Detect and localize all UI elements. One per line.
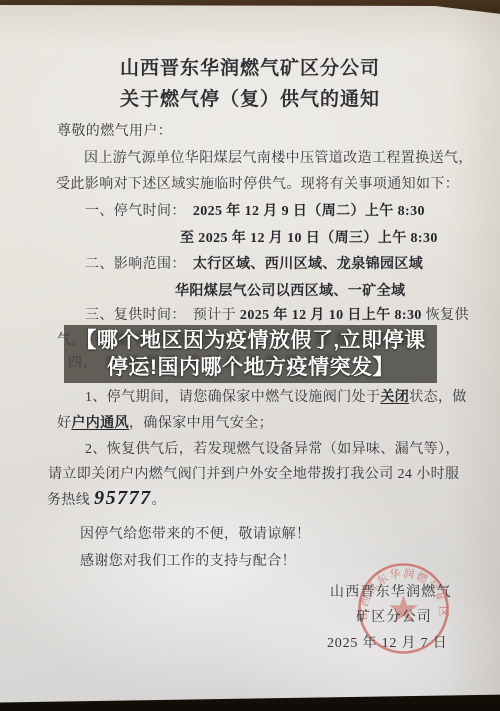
hotline-prefix: 务热线 xyxy=(47,493,94,508)
notice-point-2-line-3: 务热线 95777。 xyxy=(47,487,166,510)
item-1-value: 2025 年 12 月 9 日（周二）上午 8:30 xyxy=(193,204,425,219)
notice-point-2-line-2: 请立即关闭户内燃气阀门并到户外安全地带拨打我公司 24 小时服 xyxy=(48,463,459,483)
item-1-label: 一、停气时间： xyxy=(85,204,186,219)
apology-line: 因停气给您带来的不便，敬请谅解！ xyxy=(80,523,310,543)
point-1-text-b: 状态，做 xyxy=(409,390,467,405)
item-3-post: 恢复供 xyxy=(422,308,469,323)
point-1-text-a: 1、停气期间，请您确保家中燃气设施阀门处于 xyxy=(85,390,380,405)
item-3-line: 三、复供时间：预计于 2025 年 12 月 10 日上午 8:30 恢复供 xyxy=(85,304,469,324)
intro-line-1: 因上游气源单位华阳煤层气南楼中压管道改造工程置换送气， xyxy=(84,147,473,167)
item-3-label: 三、复供时间： xyxy=(85,308,186,323)
intro-line-2: 受此影响对下述区域实施临时停供气。现将有关事项通知如下： xyxy=(56,173,459,193)
notice-point-1-line-1: 1、停气期间，请您确保家中燃气设施阀门处于关闭状态，做 xyxy=(85,386,467,406)
item-2-line: 二、影响范围：太行区域、西川区域、龙泉锦园区域 xyxy=(85,253,423,273)
item-2-value: 太行区域、西川区域、龙泉锦园区域 xyxy=(193,257,423,272)
signature-company-line-2: 矿区分公司 xyxy=(356,606,432,626)
thanks-line: 感谢您对我们工作的支持与配合！ xyxy=(80,550,296,570)
notice-title-line2: 关于燃气停（复）供气的通知 xyxy=(0,84,500,111)
point-1-text-d: ，确保家中用气安全； xyxy=(129,416,273,431)
caption-line-2: 停运!国内哪个地方疫情突发】 xyxy=(107,354,394,381)
item-1-line: 一、停气时间：2025 年 12 月 9 日（周二）上午 8:30 xyxy=(85,200,425,220)
paper-shadow-top xyxy=(0,0,500,60)
caption-line-1: 【哪个地区因为疫情放假了,立即停课 xyxy=(75,327,425,354)
notice-point-1-line-2: 好户内通风，确保家中用气安全； xyxy=(57,412,273,432)
service-hotline-number: 95777 xyxy=(94,487,152,509)
signature-company-line-1: 山西晋东华润燃气 xyxy=(330,581,452,601)
item-3-value: 2025 年 12 月 10 日上午 8:30 xyxy=(240,308,422,323)
video-caption-overlay: 【哪个地区因为疫情放假了,立即停课 停运!国内哪个地方疫情突发】 xyxy=(64,325,437,383)
point-1-text-c: 好 xyxy=(57,416,71,431)
signature-date: 2025 年 12 月 7 日 xyxy=(327,632,448,652)
item-3-pre: 预计于 xyxy=(193,308,240,323)
item-2-continuation: 华阳煤层气公司以西区域、一矿全域 xyxy=(175,280,405,300)
document-photo: 山西晋东华润燃气矿区分公司 山西晋东华润燃气矿区分公司 关于燃气停（复）供气的通… xyxy=(0,0,500,711)
hotline-suffix: 。 xyxy=(152,493,166,508)
notice-title-line1: 山西晋东华润燃气矿区分公司 xyxy=(0,53,500,80)
salutation-text: 尊敬的燃气用户： xyxy=(57,120,172,140)
point-1-closed-emphasis: 关闭 xyxy=(380,390,409,405)
point-1-ventilation-emphasis: 户内通风 xyxy=(71,416,129,431)
item-1-continuation: 至 2025 年 12 月 10 日（周三）上午 8:30 xyxy=(180,227,438,247)
notice-point-2-line-1: 2、恢复供气后，若发现燃气设备异常（如异味、漏气等）， xyxy=(85,438,460,458)
item-2-label: 二、影响范围： xyxy=(85,257,186,272)
